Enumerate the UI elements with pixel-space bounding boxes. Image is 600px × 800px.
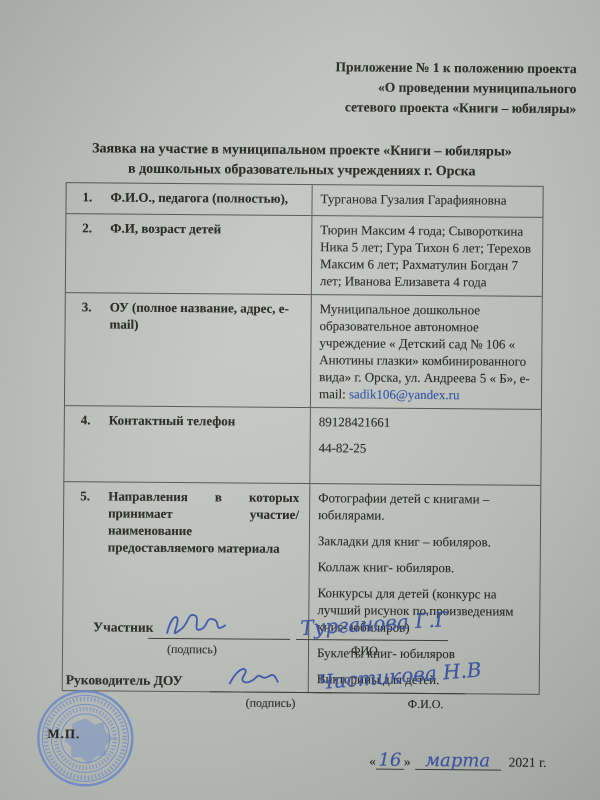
head-signature-scribble xyxy=(226,661,282,691)
row-label-cell: 5. Направления в которых принимает участ… xyxy=(63,482,311,692)
row-number: 3. xyxy=(82,298,92,315)
date-line: « 16 » марта 2021 г. xyxy=(369,753,546,771)
quote-close: » xyxy=(404,754,411,770)
date-month-handwritten: марта xyxy=(415,753,501,771)
row-number: 1. xyxy=(83,188,93,205)
signature-line xyxy=(313,692,465,694)
table-row: 2. Ф.И, возраст детей Тюрин Максим 4 год… xyxy=(66,213,543,296)
stamp-mp-label: М.П. xyxy=(47,726,80,742)
phone-number: 44-82-25 xyxy=(319,439,533,458)
row-label: Ф.И, возраст детей xyxy=(110,221,221,237)
table-row: 1. Ф.И.О., педагога (полностью), Тургано… xyxy=(66,183,542,217)
row-label-cell: 3. ОУ (полное название, адрес, e-mail) xyxy=(65,293,312,407)
appendix-header-line: Приложение № 1 к положению проекта xyxy=(335,57,576,79)
appendix-header: Приложение № 1 к положению проекта «О пр… xyxy=(335,57,577,119)
row-label-cell: 4. Контактный телефон xyxy=(64,406,311,483)
row-value-cell: Турганова Гузалия Гарафияновна xyxy=(312,185,542,217)
table-row: 3. ОУ (полное название, адрес, e-mail) М… xyxy=(65,292,542,409)
name-caption: Ф.И.О. xyxy=(408,697,444,712)
document-photo: Приложение № 1 к положению проекта «О пр… xyxy=(0,0,600,800)
row-number: 4. xyxy=(81,411,91,428)
table-row: 4. Контактный телефон 89128421661 44-82-… xyxy=(64,405,541,485)
direction-item: Закладки для книг – юбиляров. xyxy=(318,532,532,551)
page-title: Заявка на участие в муниципальном проект… xyxy=(2,139,600,184)
date-day-handwritten: 16 xyxy=(376,753,404,770)
round-stamp-icon xyxy=(19,686,152,795)
direction-item: Коллаж книг- юбиляров. xyxy=(318,558,532,577)
row-label-cell: 1. Ф.И.О., педагога (полностью), xyxy=(66,183,312,215)
name-caption: ФИО xyxy=(351,643,378,658)
row-label: ОУ (полное название, адрес, e-mail) xyxy=(110,300,289,332)
row-value: Турганова Гузалия Гарафияновна xyxy=(321,191,507,207)
phone-number: 89128421661 xyxy=(319,413,533,432)
appendix-header-line: сетевого проекта «Книги – юбиляры» xyxy=(335,97,576,119)
signature-caption: (подпись) xyxy=(167,642,217,657)
participant-signature-scribble xyxy=(161,607,231,642)
row-value-cell: 89128421661 44-82-25 xyxy=(310,408,541,485)
row-label: Направления в которых принимает участие/… xyxy=(108,488,300,555)
row-number: 5. xyxy=(80,487,90,504)
appendix-header-line: «О проведении муниципального xyxy=(335,77,576,99)
row-number: 2. xyxy=(82,219,92,236)
direction-item: Буклеты книг- юбиляров xyxy=(317,644,531,663)
row-label-cell: 2. Ф.И, возраст детей xyxy=(66,214,313,294)
row-value: Тюрин Максим 4 года; Сывороткина Ника 5 … xyxy=(320,222,531,289)
row-label: Ф.И.О., педагога (полностью), xyxy=(111,190,289,206)
row-label: Контактный телефон xyxy=(109,412,236,428)
participant-label: Участник xyxy=(93,619,153,635)
signature-caption: (подпись) xyxy=(246,696,296,711)
row-value-cell: Муниципальное дошкольное образовательное… xyxy=(311,295,542,409)
date-year: 2021 г. xyxy=(509,755,547,771)
direction-item: Фотографии детей с книгами – юбилярами. xyxy=(318,489,532,525)
row-value-cell: Тюрин Максим 4 года; Сывороткина Ника 5 … xyxy=(312,216,543,296)
email-text: sadik106@yandex.ru xyxy=(349,386,460,402)
